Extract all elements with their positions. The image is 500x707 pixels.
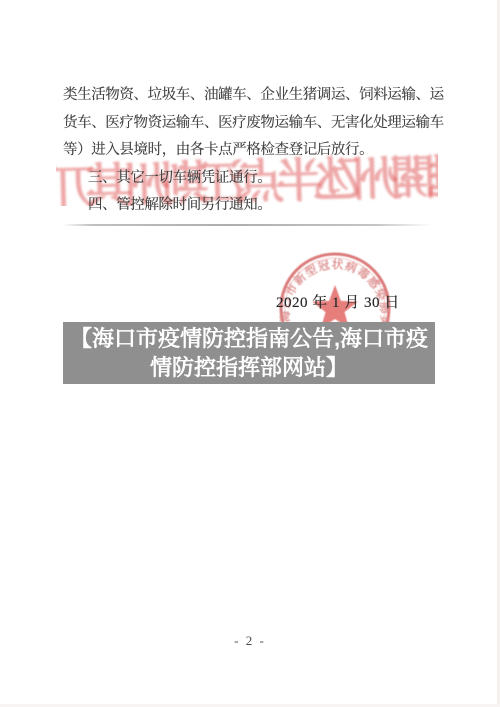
body-line: 四、管控解除时间另行通知。 [63,192,439,220]
document-date: 2020 年 1 月 30 日 [276,291,400,312]
body-line: 三、其它一切车辆凭证通行。 [63,165,439,193]
document-body: 类生活物资、垃圾车、油罐车、企业生猪调运、饲料运输、运 货车、医疗物资运输车、医… [63,82,439,220]
caption-line-1: 【海口市疫情防控指南公告,海口市疫 [70,324,428,353]
scanned-document-page: 南台凸濉巠型嬎閞州氹半点江剘州其丌 类生活物资、垃圾车、油罐车、企业生猪调运、饲… [0,0,500,707]
scan-fold-line [62,224,432,226]
body-line: 等）进入县境时，由各卡点严格检查登记后放行。 [63,137,439,165]
caption-line-2: 情防控指挥部网站】 [150,353,348,382]
caption-overlay: 【海口市疫情防控指南公告,海口市疫 情防控指挥部网站】 [63,322,435,384]
body-line: 货车、医疗物资运输车、医疗废物运输车、无害化处理运输车 [63,110,439,138]
page-number: - 2 - [0,633,500,649]
body-line: 类生活物资、垃圾车、油罐车、企业生猪调运、饲料运输、运 [63,82,439,110]
